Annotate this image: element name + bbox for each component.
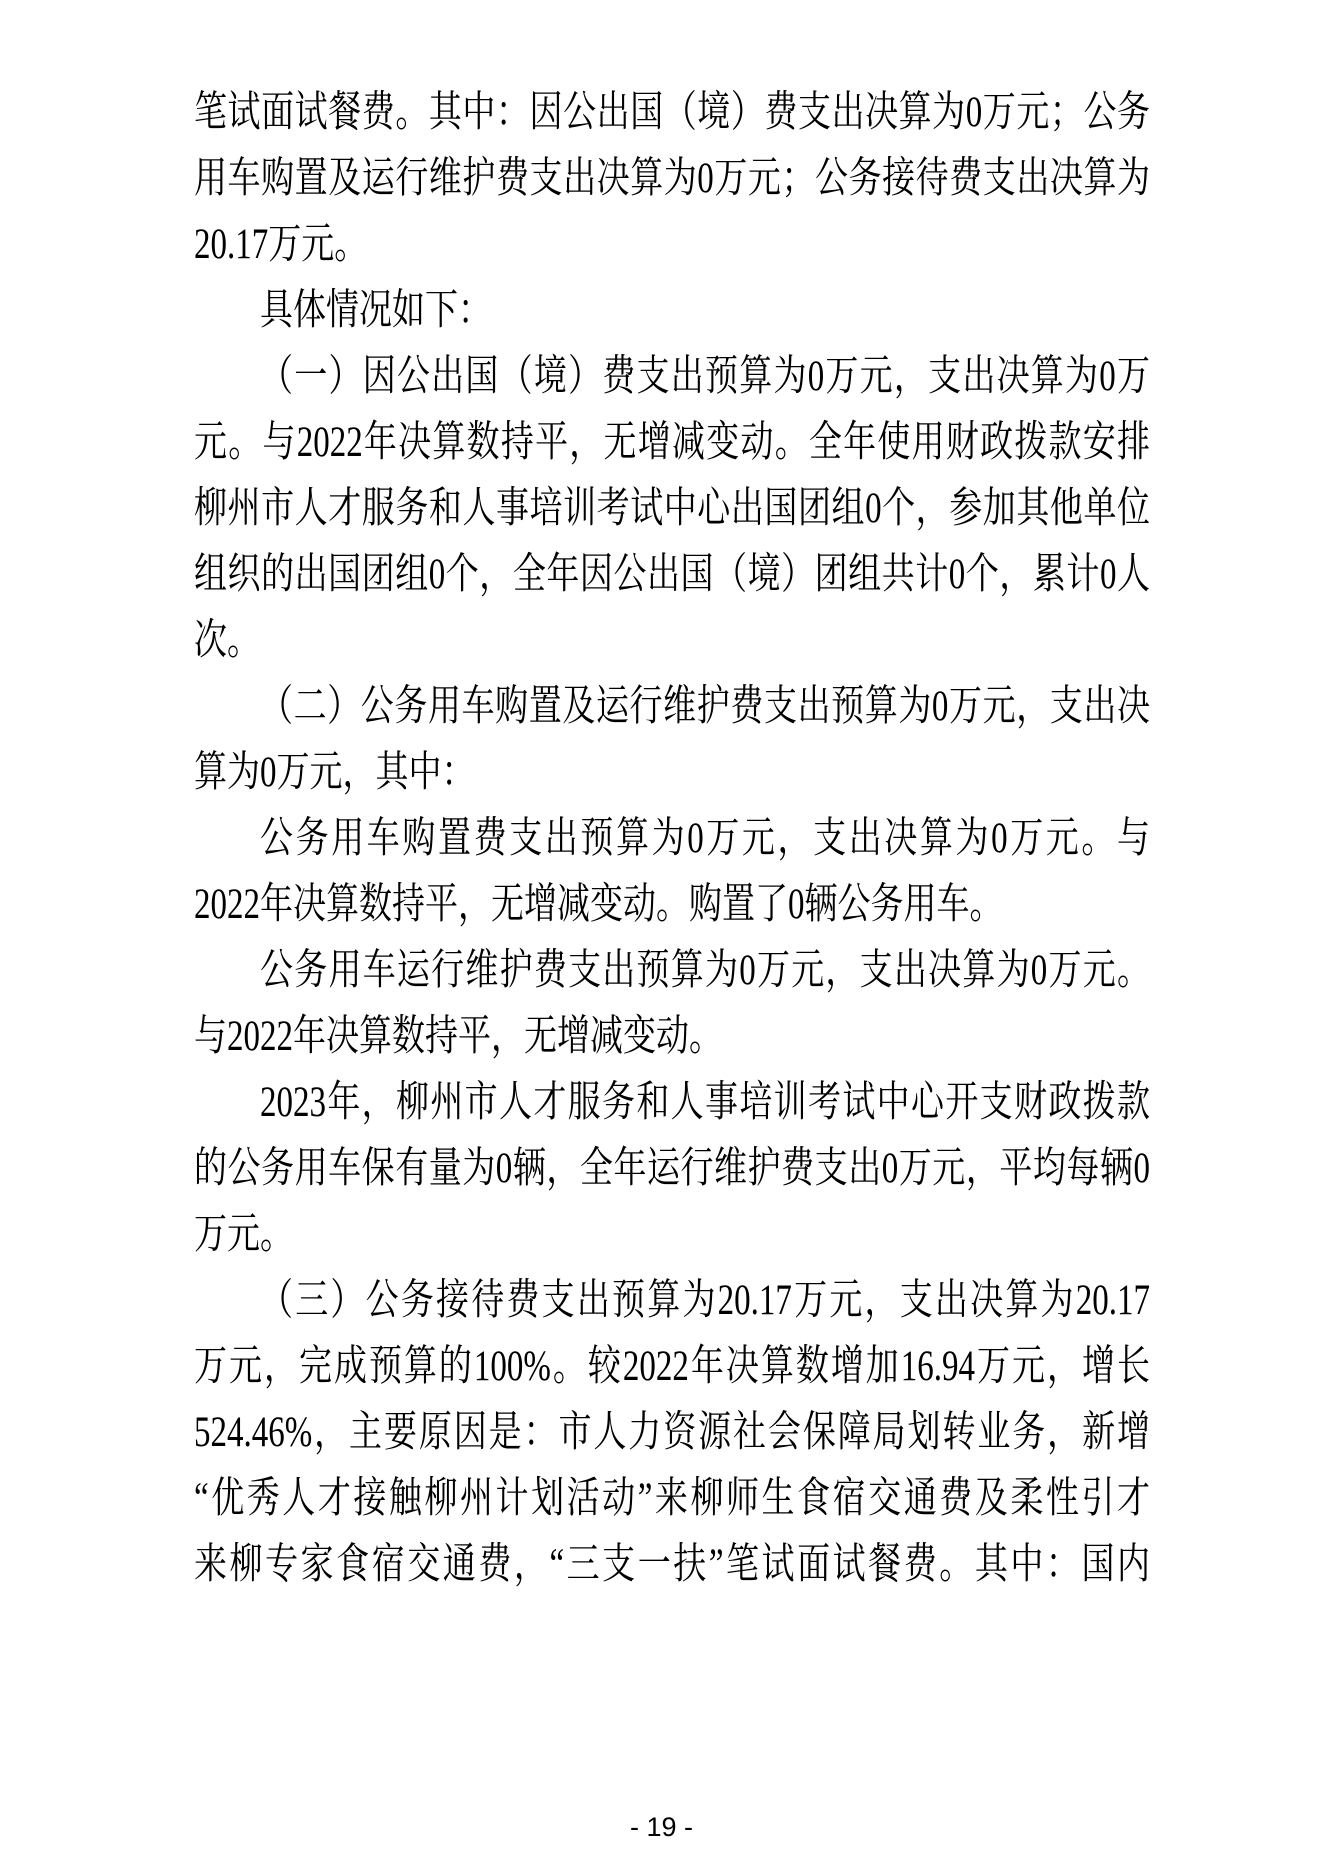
page-footer: - 19 - <box>0 1812 1323 1843</box>
document-body: 笔试面试餐费。其中：因公出国（境）费支出决算为0万元；公务用车购置及运行维护费支… <box>194 80 1150 1598</box>
document-page: 笔试面试餐费。其中：因公出国（境）费支出决算为0万元；公务用车购置及运行维护费支… <box>0 0 1323 1871</box>
text-line: 来柳专家食宿交通费，“三支一扶”笔试面试餐费。其中：国内 <box>194 1522 1150 1608</box>
page-number: - 19 - <box>630 1812 693 1842</box>
